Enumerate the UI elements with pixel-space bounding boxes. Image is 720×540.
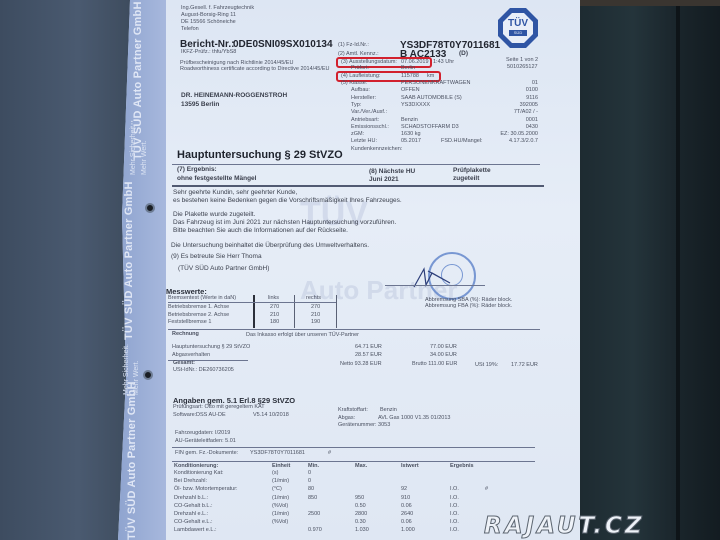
au-cell: I.O. [450, 504, 459, 510]
fzdaten: Fahrzeugdaten: I/2019 [175, 431, 230, 437]
au-cell: I.O. [450, 496, 459, 502]
au-cell: (1/min) [272, 479, 289, 485]
invoice-item-netto: 28.57 EUR [355, 353, 382, 359]
software-version: V5.14 10/2018 [253, 413, 289, 419]
strip-company-2: TÜV SÜD Auto Partner GmbH [123, 181, 135, 340]
au-cell: Lambdawert e.L.: [174, 528, 217, 534]
env-note: Die Untersuchung beinhaltet die Überprüf… [171, 243, 369, 250]
plakette-value: zugeteilt [453, 176, 479, 183]
vehicle-row-value: Benzin [401, 118, 418, 124]
country-code: (D) [459, 51, 468, 58]
greeting-1: Sehr geehrte Kundin, sehr geehrter Kunde… [173, 190, 297, 197]
vehicle-row-code: 4.17.3/2.0.7 [509, 139, 538, 145]
vehicle-row-label: Kundenkennzeichen: [351, 147, 402, 153]
seat-seam [676, 0, 680, 540]
vehicle-row-value: OFFEN [401, 88, 420, 94]
hu-divider-top [172, 164, 540, 165]
au-header: Min. [308, 464, 319, 470]
cert-en: Roadworthiness certificate according to … [180, 67, 330, 73]
kraftstoff-label: Kraftstoffart: [338, 408, 368, 414]
vehicle-row-value: YS3DXXXX [401, 103, 430, 109]
abgas-label: Abgas: [338, 416, 355, 422]
issuer-name: Ing.Gesell. f. Fahrzeugtechnik [181, 6, 254, 12]
au-cell: (%Vol) [272, 520, 288, 526]
au-header: Istwert [401, 464, 419, 470]
vehicle-row-extra: FSD.HU/Mangel: [441, 139, 483, 145]
vehicle-row-value: 1630 kg [401, 132, 421, 138]
info-1: Die Plakette wurde zugeteilt. [173, 212, 255, 219]
brake-row-label: Betriebsbremse 2. Achse [168, 313, 229, 319]
seat-top-edge [575, 0, 720, 6]
software-label: Software: [173, 413, 196, 419]
fzid-label: (1) Fz-Id.Nr.: [338, 43, 369, 49]
au-cell: 2640 [401, 512, 413, 518]
au-cell: 0.30 [355, 520, 366, 526]
brake-row-links: 270 [270, 305, 279, 311]
vehicle-row-label: (5) Klasse: [341, 81, 367, 87]
invoice-item-brutto: 77.00 EUR [430, 345, 457, 351]
au-cell: I.O. [450, 528, 459, 534]
vehicle-row-label: Antriebsart: [351, 118, 379, 124]
fin-divider-bottom [172, 461, 535, 462]
au-header: Max. [355, 464, 367, 470]
ust-label: USt 19%: [475, 363, 498, 369]
strip-slogan-2: Mehr Wert. [141, 141, 148, 176]
brake-col-divider-2 [294, 295, 295, 328]
brake-row-label: Betriebsbremse 1. Achse [168, 305, 229, 311]
tuv-logo-text: TÜV [506, 19, 530, 29]
time-value: 1:43 Uhr [433, 60, 454, 66]
issuer-city: DE 15566 Schöneiche [181, 20, 236, 26]
ust-value: 17.72 EUR [511, 363, 538, 369]
au-cell: 92 [401, 487, 407, 493]
invoice-item-label: Hauptuntersuchung § 29 StVZO [172, 345, 250, 351]
au-cell: 1.030 [355, 528, 369, 534]
invoice-item-brutto: 34.00 EUR [430, 353, 457, 359]
strip-company-3: TÜV SÜD Auto Partner GmbH [126, 381, 138, 540]
vehicle-row-value: 05.2017 [401, 139, 421, 145]
seat-leather-left [0, 0, 130, 540]
abgas-value: AVL Gas 1000 V1.35 01/2013 [378, 416, 450, 422]
rechnung-note: Das Inkasso erfolgt über unseren TÜV-Par… [246, 333, 359, 339]
au-cell: 910 [401, 496, 410, 502]
signature [410, 265, 490, 290]
total-netto: Netto 93.28 EUR [340, 362, 382, 368]
vehicle-row-label: Emissionsschl.: [351, 125, 389, 131]
brake-header-rechts: rechts [306, 296, 321, 302]
au-cell: 950 [355, 496, 364, 502]
au-cell: 0.970 [308, 528, 322, 534]
au-cell: CO-Gehalt b.L.: [174, 504, 213, 510]
brake-col-divider-1 [253, 295, 255, 328]
au-cell: Drehzahl b.L.: [174, 496, 208, 502]
au-cell: Drehzahl e.L.: [174, 512, 208, 518]
vehicle-row-label: Aufbau: [351, 88, 370, 94]
vehicle-row-value: SAAB AUTOMOBILE (S) [401, 96, 462, 102]
hu-divider-bottom [172, 185, 544, 187]
brake-header-links: links [268, 296, 279, 302]
kfz-pruefer: IKFZ-Prüfz.: thfu/YbS8 [181, 50, 236, 56]
pruefart: Prüfungsart: Otto mit geregeltem KAT [173, 405, 265, 411]
brake-row-rechts: 270 [311, 305, 320, 311]
rechnung-divider [168, 329, 540, 330]
vehicle-row-code: 9116 [526, 96, 538, 102]
au-cell: I.O. [450, 487, 459, 493]
inspector: (9) Es betreute Sie Herr Thoma [171, 254, 262, 261]
au-cell: 2500 [308, 512, 320, 518]
total-label: Gesamt: [173, 361, 195, 367]
doc-number: 5010265127 [507, 65, 538, 71]
hu-title: Hauptuntersuchung § 29 StVZO [177, 150, 343, 161]
au-cell: 0 [308, 471, 311, 477]
au-cell: # [485, 487, 488, 493]
au-cell: I.O. [450, 512, 459, 518]
vehicle-row-label: Letzte HU: [351, 139, 377, 145]
au-cell: 80 [308, 487, 314, 493]
vehicle-row-value: SCHADSTOFFARM D3 [401, 125, 459, 131]
result-label: (7) Ergebnis: [177, 167, 217, 174]
au-header: Ergebnis [450, 464, 474, 470]
software-value: DSS AU-DE [196, 413, 226, 419]
au-cell: 0.50 [355, 504, 366, 510]
brake-row-rechts: 210 [311, 313, 320, 319]
au-cell: 0 [308, 479, 311, 485]
au-cell: (%Vol) [272, 504, 288, 510]
au-cell: Konditionierung Kat: [174, 471, 224, 477]
punch-hole-bottom [143, 370, 153, 380]
au-cell: (s) [272, 471, 278, 477]
au-cell: 850 [308, 496, 317, 502]
vehicle-row-code: 0001 [526, 118, 538, 124]
fin-value: YS3DF78T0Y7011681 [250, 451, 305, 457]
total-brutto: Brutto 111.00 EUR [412, 362, 457, 368]
au-cell: Bei Drehzahl: [174, 479, 207, 485]
au-cell: CO-Gehalt e.L.: [174, 520, 213, 526]
au-cell: (1/min) [272, 512, 289, 518]
issuer-street: August-Borsig-Ring 11 [181, 13, 236, 19]
result-value: ohne festgestellte Mängel [177, 176, 256, 183]
inspector-company: (TÜV SÜD Auto Partner GmbH) [178, 266, 269, 273]
next-hu-label: (8) Nächste HU [369, 169, 415, 176]
geraet: Gerätenummer: 3053 [338, 423, 390, 429]
tuv-logo-sub: SÜD [509, 30, 527, 36]
brake-row-links: 180 [270, 320, 279, 326]
vehicle-row-code: 01 [532, 81, 538, 87]
au-cell: I.O. [450, 520, 459, 526]
au-cell: 0.06 [401, 504, 412, 510]
signature-line [385, 285, 485, 286]
rechnung-title: Rechnung [172, 332, 199, 338]
customer-city: 13595 Berlin [181, 102, 219, 109]
brake-row-label: Feststellbremse 1 [168, 320, 211, 326]
vehicle-row-label: Typ: [351, 103, 361, 109]
leitfaden: AU-Geräteleitfaden: 5.01 [175, 439, 236, 445]
vehicle-row-code: 392005 [520, 103, 538, 109]
kraftstoff-value: Benzin [380, 408, 397, 414]
brake-header-label: Bremsentest (Werte in daN) [168, 296, 236, 302]
brake-row-links: 210 [270, 313, 279, 319]
invoice-item-label: Abgasverhalten [172, 353, 210, 359]
next-hu-value: Juni 2021 [369, 177, 399, 184]
vehicle-row-code: 7T/A02 / - [514, 110, 538, 116]
au-cell: 0.06 [401, 520, 412, 526]
vehicle-row-label: Hersteller: [351, 96, 376, 102]
issuer-phone: Telefon [181, 27, 199, 33]
au-cell: Öl- bzw. Motortemperatur: [174, 487, 238, 493]
plakette-label: Prüfplakette [453, 168, 491, 175]
au-cell: (°C) [272, 487, 282, 493]
fin-mark: # [328, 451, 331, 457]
strip-slogan-1: Mehr Sicherheit. [130, 124, 137, 175]
au-cell: 1.000 [401, 528, 415, 534]
vehicle-row-value: PERSONENKRAFTWAGEN [401, 81, 470, 87]
brake-row-rechts: 190 [311, 320, 320, 326]
vehicle-row-code: 0100 [526, 88, 538, 94]
vehicle-row-label: Var./Ver./Ausf.: [351, 110, 387, 116]
vehicle-row-code: EZ: 30.05.2000 [500, 132, 538, 138]
au-header: Einheit [272, 464, 290, 470]
brake-col-divider-3 [336, 295, 337, 328]
fin-label: FIN gem. Fz.-Dokumente: [175, 451, 238, 457]
seat-leather-right [575, 0, 720, 540]
vehicle-row-code: 0430 [526, 125, 538, 131]
au-cell: 2800 [355, 512, 367, 518]
fin-divider-top [172, 447, 535, 448]
greeting-2: es bestehen keine Bedenken gegen die Vor… [173, 198, 402, 205]
vehicle-row-label: zGM: [351, 132, 364, 138]
invoice-item-netto: 64.71 EUR [355, 345, 382, 351]
info-2: Das Fahrzeug ist im Juni 2021 zur nächst… [173, 220, 396, 227]
punch-hole-top [145, 203, 155, 213]
brake-header-line [168, 302, 336, 303]
info-3: Bitte beachten Sie auch die Informatione… [173, 228, 348, 235]
fba-note: Abbremsung FBA (%): Räder block. [425, 304, 512, 310]
rajaut-watermark: RAJAUT.CZ [484, 513, 645, 539]
customer-name: DR. HEINEMANN-ROGGENSTROH [181, 93, 287, 100]
au-header: Konditionierung: [174, 464, 218, 470]
ustid: USt-IdNr.: DE260736205 [173, 368, 234, 374]
report-number: 0DE0SNI09SX010134 [233, 40, 333, 50]
au-cell: (1/min) [272, 496, 289, 502]
page-indicator: Seite 1 von 2 [506, 58, 538, 64]
